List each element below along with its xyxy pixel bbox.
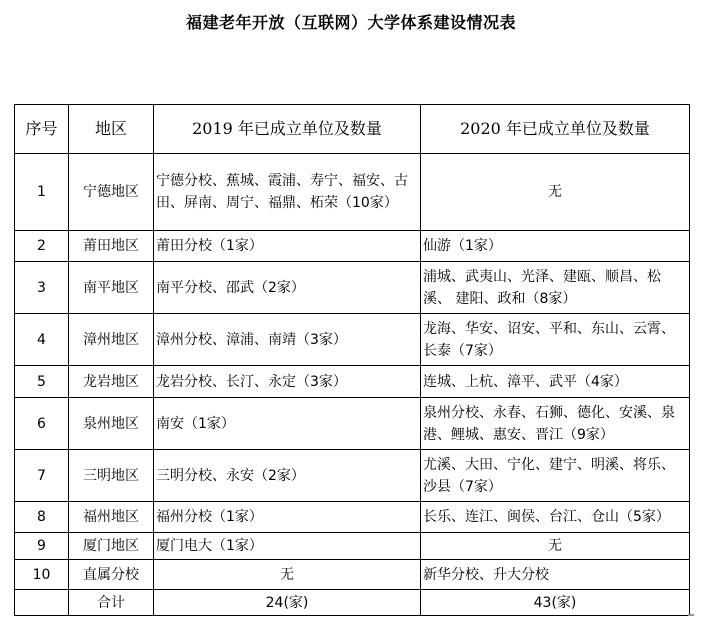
total-2019: 24(家) — [154, 590, 421, 616]
row-index: 4 — [15, 314, 69, 366]
table-row: 6 泉州地区 南安（1家） 泉州分校、永春、石狮、德化、安溪、泉港、鲤城、惠安、… — [15, 398, 690, 450]
row-2020: 连城、上杭、漳平、武平（4家） — [421, 366, 690, 398]
row-2020: 尤溪、大田、宁化、建宁、明溪、将乐、沙县（7家） — [421, 450, 690, 502]
table-row: 8 福州地区 福州分校（1家） 长乐、连江、闽侯、台江、仓山（5家） — [15, 502, 690, 533]
table-row: 9 厦门地区 厦门电大（1家） 无 — [15, 533, 690, 560]
row-2020: 浦城、武夷山、光泽、建瓯、顺昌、松溪、 建阳、政和（8家） — [421, 262, 690, 314]
row-2019: 南安（1家） — [154, 398, 421, 450]
row-2020: 无 — [421, 533, 690, 560]
row-2019: 三明分校、永安（2家） — [154, 450, 421, 502]
row-region: 直属分校 — [69, 560, 154, 590]
row-index: 10 — [15, 560, 69, 590]
table-row: 1 宁德地区 宁德分校、蕉城、霞浦、寿宁、福安、古田、屏南、周宁、福鼎、柘荣（1… — [15, 154, 690, 231]
row-2019: 漳州分校、漳浦、南靖（3家） — [154, 314, 421, 366]
header-region: 地区 — [69, 105, 154, 154]
row-2019: 南平分校、邵武（2家） — [154, 262, 421, 314]
row-region: 南平地区 — [69, 262, 154, 314]
total-label: 合计 — [69, 590, 154, 616]
total-index — [15, 590, 69, 616]
header-2019: 2019 年已成立单位及数量 — [154, 105, 421, 154]
row-2019: 无 — [154, 560, 421, 590]
table-row: 10 直属分校 无 新华分校、升大分校 — [15, 560, 690, 590]
row-2019: 福州分校（1家） — [154, 502, 421, 533]
row-2020: 无 — [421, 154, 690, 231]
row-index: 9 — [15, 533, 69, 560]
row-region: 宁德地区 — [69, 154, 154, 231]
row-index: 5 — [15, 366, 69, 398]
table-row: 3 南平地区 南平分校、邵武（2家） 浦城、武夷山、光泽、建瓯、顺昌、松溪、 建… — [15, 262, 690, 314]
row-index: 2 — [15, 231, 69, 262]
row-index: 3 — [15, 262, 69, 314]
corner-mark — [688, 614, 694, 616]
table-row: 5 龙岩地区 龙岩分校、长汀、永定（3家） 连城、上杭、漳平、武平（4家） — [15, 366, 690, 398]
header-index: 序号 — [15, 105, 69, 154]
row-region: 漳州地区 — [69, 314, 154, 366]
row-region: 泉州地区 — [69, 398, 154, 450]
total-2020: 43(家) — [421, 590, 690, 616]
total-row: 合计 24(家) 43(家) — [15, 590, 690, 616]
row-region: 厦门地区 — [69, 533, 154, 560]
row-2020: 泉州分校、永春、石狮、德化、安溪、泉港、鲤城、惠安、晋江（9家） — [421, 398, 690, 450]
table-row: 4 漳州地区 漳州分校、漳浦、南靖（3家） 龙海、华安、诏安、平和、东山、云霄、… — [15, 314, 690, 366]
row-2020: 新华分校、升大分校 — [421, 560, 690, 590]
row-2020: 长乐、连江、闽侯、台江、仓山（5家） — [421, 502, 690, 533]
table-row: 7 三明地区 三明分校、永安（2家） 尤溪、大田、宁化、建宁、明溪、将乐、沙县（… — [15, 450, 690, 502]
document-title: 福建老年开放（互联网）大学体系建设情况表 — [0, 10, 702, 33]
header-row: 序号 地区 2019 年已成立单位及数量 2020 年已成立单位及数量 — [15, 105, 690, 154]
row-2019: 宁德分校、蕉城、霞浦、寿宁、福安、古田、屏南、周宁、福鼎、柘荣（10家） — [154, 154, 421, 231]
row-index: 7 — [15, 450, 69, 502]
construction-status-table: 序号 地区 2019 年已成立单位及数量 2020 年已成立单位及数量 1 宁德… — [14, 104, 690, 616]
row-region: 福州地区 — [69, 502, 154, 533]
row-index: 8 — [15, 502, 69, 533]
row-index: 1 — [15, 154, 69, 231]
header-2020: 2020 年已成立单位及数量 — [421, 105, 690, 154]
row-2019: 厦门电大（1家） — [154, 533, 421, 560]
row-region: 三明地区 — [69, 450, 154, 502]
table-row: 2 莆田地区 莆田分校（1家） 仙游（1家） — [15, 231, 690, 262]
row-region: 莆田地区 — [69, 231, 154, 262]
row-2019: 龙岩分校、长汀、永定（3家） — [154, 366, 421, 398]
row-region: 龙岩地区 — [69, 366, 154, 398]
row-2019: 莆田分校（1家） — [154, 231, 421, 262]
row-index: 6 — [15, 398, 69, 450]
row-2020: 龙海、华安、诏安、平和、东山、云霄、长泰（7家） — [421, 314, 690, 366]
row-2020: 仙游（1家） — [421, 231, 690, 262]
